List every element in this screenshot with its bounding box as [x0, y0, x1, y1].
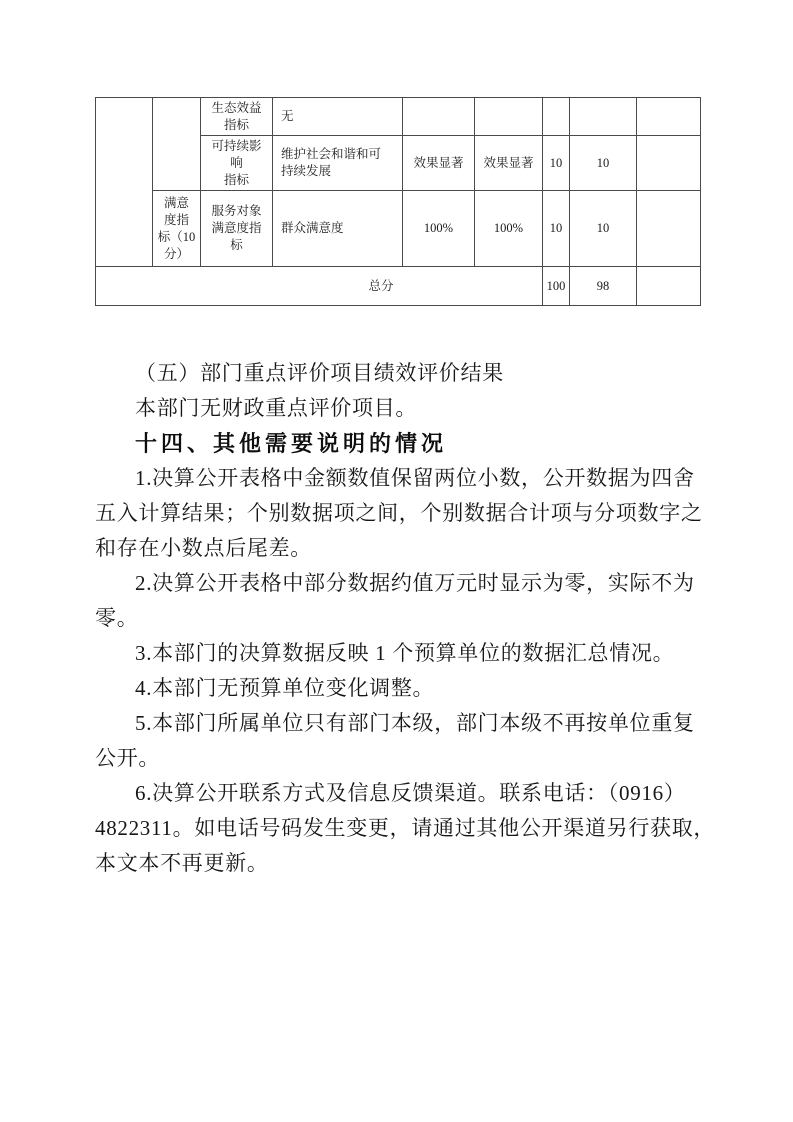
total-full-score-cell: 100: [543, 267, 570, 306]
note2-line1: 2.决算公开表格中部分数据约值万元时显示为零，实际不为: [95, 566, 701, 601]
section14-heading: 十四、其他需要说明的情况: [95, 426, 701, 461]
note4-line1: 4.本部门无预算单位变化调整。: [95, 671, 701, 706]
total-score-cell: 98: [570, 267, 637, 306]
note6-line3: 本文本不再更新。: [95, 846, 701, 881]
target-value-cell: 100%: [403, 191, 475, 267]
remark-cell: [637, 98, 701, 136]
category-cell: [96, 98, 153, 267]
note1-line2: 五入计算结果；个别数据项之间，个别数据合计项与分项数字之: [95, 496, 701, 531]
table-row-eco-benefit: 生态效益 指标 无: [96, 98, 701, 136]
section5-text: 本部门无财政重点评价项目。: [95, 391, 701, 426]
note1-line3: 和存在小数点后尾差。: [95, 531, 701, 566]
note5-line1: 5.本部门所属单位只有部门本级，部门本级不再按单位重复: [95, 706, 701, 741]
indicator-name-cell: 无: [273, 98, 403, 136]
note5-line2: 公开。: [95, 741, 701, 776]
note3-line1: 3.本部门的决算数据反映 1 个预算单位的数据汇总情况。: [95, 636, 701, 671]
target-value-cell: 效果显著: [403, 136, 475, 191]
actual-value-cell: 100%: [475, 191, 543, 267]
score-cell: 10: [570, 136, 637, 191]
remark-cell: [637, 136, 701, 191]
note1-line1: 1.决算公开表格中金额数值保留两位小数，公开数据为四舍: [95, 461, 701, 496]
full-score-cell: [543, 98, 570, 136]
note6-line2: 4822311。如电话号码发生变更，请通过其他公开渠道另行获取，: [95, 811, 701, 846]
body-text-block: （五）部门重点评价项目绩效评价结果 本部门无财政重点评价项目。 十四、其他需要说…: [95, 356, 701, 881]
indicator-name-cell: 维护社会和谐和可 持续发展: [273, 136, 403, 191]
level2-indicator-cell: 可持续影 响 指标: [201, 136, 273, 191]
total-score-label-cell: 总分: [96, 267, 543, 306]
score-cell: [570, 98, 637, 136]
full-score-cell: 10: [543, 191, 570, 267]
table-row-satisfaction: 满意 度指 标（10 分） 服务对象 满意度指 标 群众满意度 100% 100…: [96, 191, 701, 267]
remark-cell: [637, 191, 701, 267]
remark-cell: [637, 267, 701, 306]
document-page: 生态效益 指标 无 可持续影 响 指标 维护社会和谐和可 持续发展 效果显著 效…: [0, 0, 793, 1122]
score-cell: 10: [570, 191, 637, 267]
level2-indicator-cell: 生态效益 指标: [201, 98, 273, 136]
performance-indicator-table: 生态效益 指标 无 可持续影 响 指标 维护社会和谐和可 持续发展 效果显著 效…: [95, 97, 701, 306]
section5-heading: （五）部门重点评价项目绩效评价结果: [95, 356, 701, 391]
actual-value-cell: 效果显著: [475, 136, 543, 191]
indicator-name-cell: 群众满意度: [273, 191, 403, 267]
full-score-cell: 10: [543, 136, 570, 191]
level1-indicator-cell: [153, 98, 201, 191]
table-row-total: 总分 100 98: [96, 267, 701, 306]
note2-line2: 零。: [95, 601, 701, 636]
target-value-cell: [403, 98, 475, 136]
level2-indicator-cell: 服务对象 满意度指 标: [201, 191, 273, 267]
note6-line1: 6.决算公开联系方式及信息反馈渠道。联系电话：（0916）: [95, 776, 701, 811]
level1-indicator-cell: 满意 度指 标（10 分）: [153, 191, 201, 267]
actual-value-cell: [475, 98, 543, 136]
